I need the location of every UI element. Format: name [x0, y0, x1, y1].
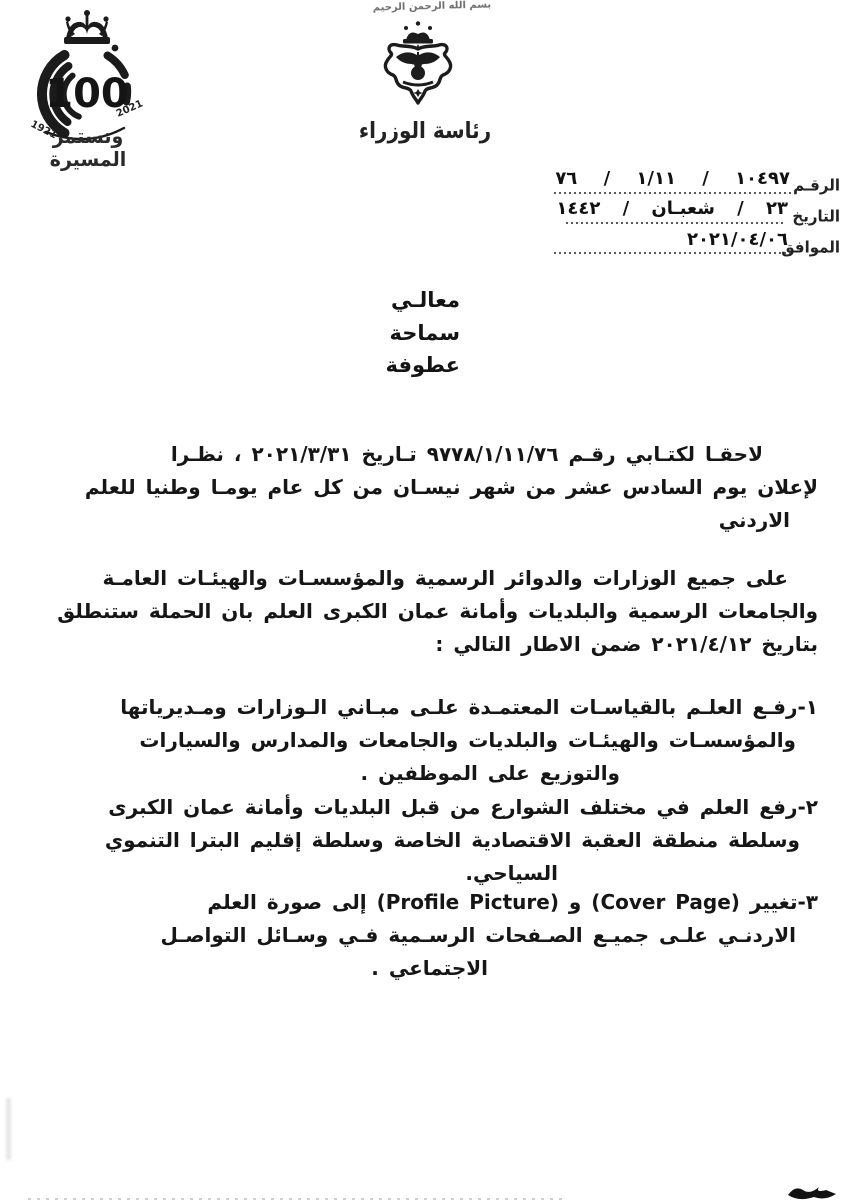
list-item-2: ٢-رفع العلم في مختلف الشوارع من قبل البل… — [32, 791, 818, 890]
body-line: والتوزيع على الموظفين . — [32, 757, 818, 790]
body-line: لاحقـا لكتـابي رقـم ٩٧٧٨/١/١١/٧٦ تـاريخ … — [32, 438, 818, 471]
list-item-3: ٣-تغيير (Cover Page) و (Profile Picture)… — [32, 886, 818, 985]
body-line: والمؤسسـات والهيئـات والبلديات والجامعات… — [32, 724, 818, 757]
body-line: ٣-تغيير (Cover Page) و (Profile Picture)… — [32, 886, 818, 919]
body-line: ١-رفـع العلـم بالقياسـات المعتمـدة علـى … — [32, 691, 818, 724]
coat-of-arms-icon — [372, 20, 464, 120]
ministry-title: رئاسة الوزراء — [355, 117, 495, 144]
body-line: وسلطة منطقة العقبة الاقتصادية الخاصة وسل… — [32, 824, 818, 857]
ref-number-dotted-line — [554, 192, 794, 194]
salutation-atoufa: عطوفة — [386, 349, 460, 382]
scan-edge-line — [28, 1198, 568, 1200]
ref-corresponding-value: ٢٠٢١/٠٤/٠٦ — [687, 229, 788, 250]
salutation-maali: معالـي — [386, 284, 460, 317]
ref-number-label: الرقـم — [793, 176, 840, 195]
ref-date-dotted-line — [566, 222, 784, 224]
body-line: الاجتماعي . — [32, 952, 818, 985]
paragraph-intro: لاحقـا لكتـابي رقـم ٩٧٧٨/١/١١/٧٦ تـاريخ … — [32, 438, 818, 537]
scanned-letter-page: 100 1921 2021 وتستمر المسيرة بسم الله ال… — [0, 0, 850, 1203]
body-line: بتاريخ ٢٠٢١/٤/١٢ ضمن الاطار التالي : — [32, 628, 818, 661]
ref-date-value: ٢٣ / شعبـان / ١٤٤٢ — [556, 198, 788, 219]
body-line: ٢-رفع العلم في مختلف الشوارع من قبل البل… — [32, 791, 818, 824]
handwritten-mark — [786, 1181, 838, 1203]
body-line: والجامعات الرسمية والبلديات وأمانة عمان … — [32, 595, 818, 628]
paragraph-announcement: على جميع الوزارات والدوائر الرسمية والمؤ… — [32, 562, 818, 661]
coat-crown — [403, 21, 433, 43]
ref-date-label: التاريخ — [792, 207, 840, 226]
body-line: الاردني — [32, 504, 818, 537]
ref-number-value: ١٠٤٩٧ / ١/١١ / ٧٦ — [555, 168, 790, 189]
bismillah-text: بسم الله الرحمن الرحيم — [372, 0, 492, 14]
body-line: لإعلان يوم السادس عشر من شهر نيسـان من ك… — [32, 471, 818, 504]
crown-icon — [64, 10, 110, 44]
coat-eagle — [396, 44, 440, 80]
body-line: على جميع الوزارات والدوائر الرسمية والمؤ… — [32, 562, 818, 595]
salutation-block: معالـي سماحة عطوفة — [386, 284, 460, 382]
scan-smudge — [6, 1098, 11, 1160]
list-item-1: ١-رفـع العلـم بالقياسـات المعتمـدة علـى … — [32, 691, 818, 790]
ref-corresponding-dotted-line — [554, 252, 794, 254]
swoosh-dot — [112, 45, 119, 52]
salutation-samaha: سماحة — [386, 317, 460, 350]
centennial-slogan: وتستمر المسيرة — [14, 125, 162, 171]
centennial-logo: 100 1921 2021 وتستمر المسيرة — [12, 6, 162, 156]
coat-ribbon — [403, 82, 433, 85]
body-line: الاردنـي علـى جميـع الصـفحات الرسـمية فـ… — [32, 919, 818, 952]
